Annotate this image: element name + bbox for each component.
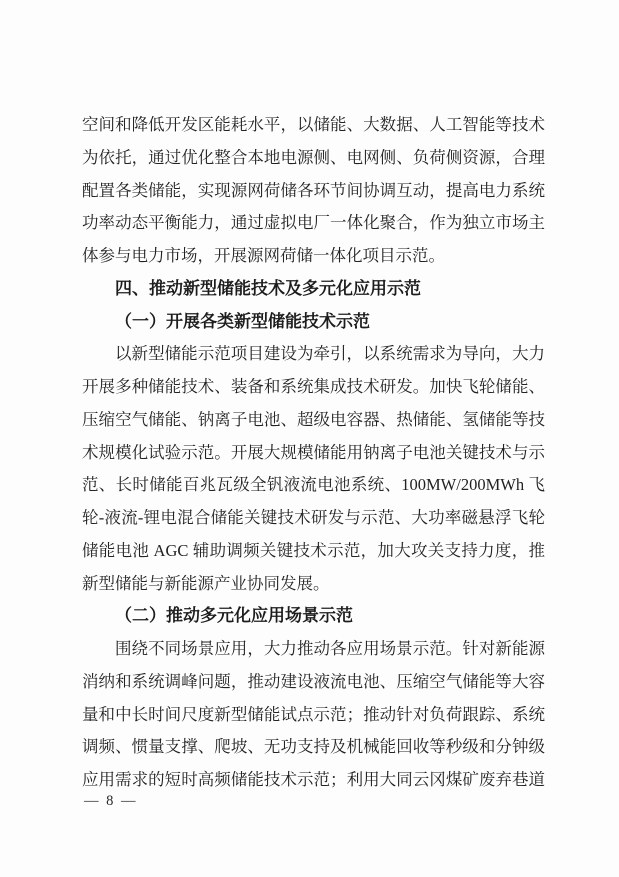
subsection-heading-2: （二）推动多元化应用场景示范	[82, 600, 545, 633]
paragraph-line: 体参与电力市场，开展源网荷储一体化项目示范。	[82, 240, 545, 273]
paragraph-line: 储能电池 AGC 辅助调频关键技术示范，加大攻关支持力度，推动	[82, 535, 545, 568]
paragraph-line: 调频、惯量支撑、爬坡、无功支持及机械能回收等秒级和分钟级	[82, 731, 545, 764]
paragraph-line: 配置各类储能，实现源网荷储各环节间协调互动，提高电力系统	[82, 175, 545, 208]
paragraph-line: 轮-液流-锂电混合储能关键技术研发与示范、大功率磁悬浮飞轮	[82, 502, 545, 535]
subsection-heading-1: （一）开展各类新型储能技术示范	[82, 306, 545, 339]
document-body: 空间和降低开发区能耗水平，以储能、大数据、人工智能等技术 为依托，通过优化整合本…	[82, 109, 545, 797]
paragraph-line: 量和中长时间尺度新型储能试点示范；推动针对负荷跟踪、系统	[82, 699, 545, 732]
paragraph-line: 应用需求的短时高频储能技术示范；利用大同云冈煤矿废弃巷道	[82, 764, 545, 797]
document-page: 空间和降低开发区能耗水平，以储能、大数据、人工智能等技术 为依托，通过优化整合本…	[0, 0, 619, 877]
paragraph-line: 功率动态平衡能力，通过虚拟电厂一体化聚合，作为独立市场主	[82, 207, 545, 240]
paragraph-line: 以新型储能示范项目建设为牵引，以系统需求为导向，大力	[82, 338, 545, 371]
paragraph-line: 为依托，通过优化整合本地电源侧、电网侧、负荷侧资源，合理	[82, 142, 545, 175]
paragraph-line: 消纳和系统调峰问题，推动建设液流电池、压缩空气储能等大容	[82, 666, 545, 699]
page-number: — 8 —	[84, 793, 138, 810]
paragraph-line: 压缩空气储能、钠离子电池、超级电容器、热储能、氢储能等技	[82, 404, 545, 437]
paragraph-line: 空间和降低开发区能耗水平，以储能、大数据、人工智能等技术	[82, 109, 545, 142]
paragraph-line: 新型储能与新能源产业协同发展。	[82, 568, 545, 601]
paragraph-line: 范、长时储能百兆瓦级全钒液流电池系统、100MW/200MWh 飞	[82, 469, 545, 502]
paragraph-line: 开展多种储能技术、装备和系统集成技术研发。加快飞轮储能、	[82, 371, 545, 404]
section-heading: 四、推动新型储能技术及多元化应用示范	[82, 273, 545, 306]
paragraph-line: 术规模化试验示范。开展大规模储能用钠离子电池关键技术与示	[82, 437, 545, 470]
paragraph-line: 围绕不同场景应用，大力推动各应用场景示范。针对新能源	[82, 633, 545, 666]
